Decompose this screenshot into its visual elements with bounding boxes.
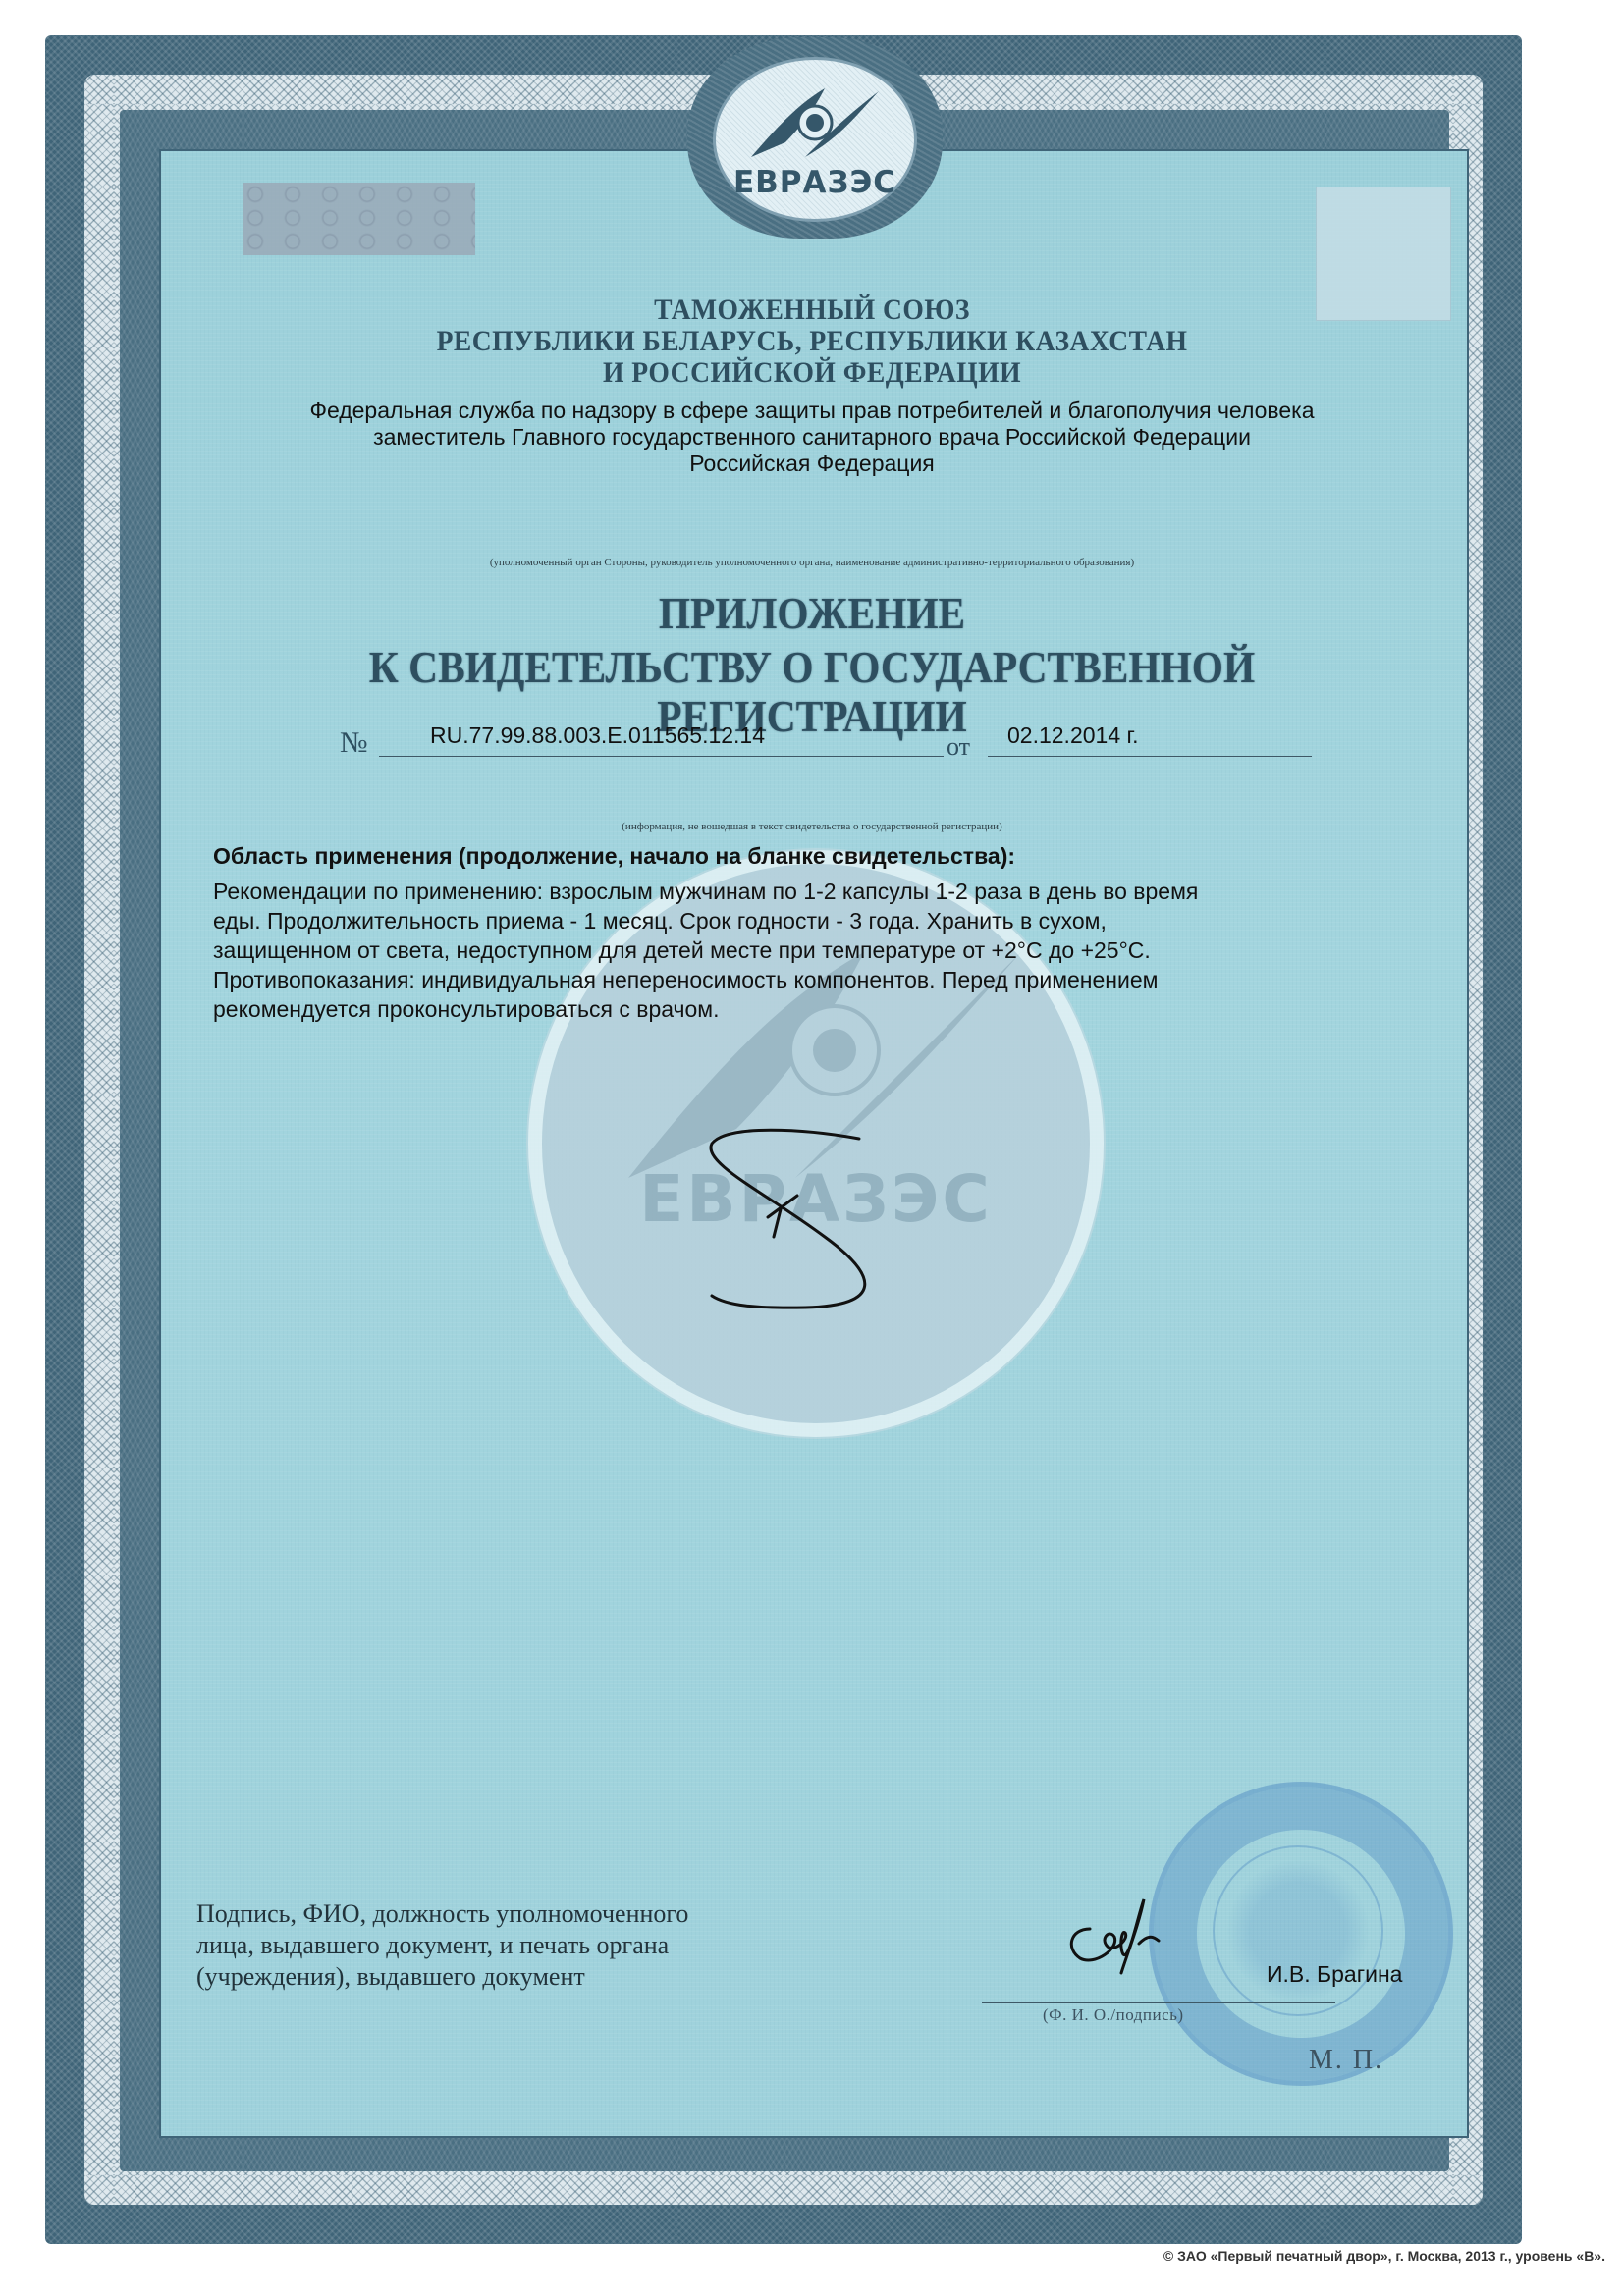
union-line-1: ТАМОЖЕННЫЙ СОЮЗ bbox=[211, 294, 1413, 326]
signature-label-line-1: Подпись, ФИО, должность уполномоченного bbox=[196, 1898, 895, 1930]
scope-line-4: Противопоказания: индивидуальная неперен… bbox=[213, 965, 1421, 994]
signature-label-line-2: лица, выдавшего документ, и печать орган… bbox=[196, 1930, 895, 1961]
registration-date: 02.12.2014 г. bbox=[1007, 722, 1138, 749]
scope-line-1: Рекомендации по применению: взрослым муж… bbox=[213, 877, 1421, 906]
signature-underline bbox=[982, 2002, 1335, 2003]
union-line-2: РЕСПУБЛИКИ БЕЛАРУСЬ, РЕСПУБЛИКИ КАЗАХСТА… bbox=[211, 326, 1413, 357]
seal-place-label: М. П. bbox=[1309, 2045, 1383, 2076]
union-heading: ТАМОЖЕННЫЙ СОЮЗ РЕСПУБЛИКИ БЕЛАРУСЬ, РЕС… bbox=[159, 294, 1465, 389]
date-label: от bbox=[947, 732, 970, 762]
registration-number: RU.77.99.88.003.E.011565.12.14 bbox=[430, 722, 765, 749]
scope-heading: Область применения (продолжение, начало … bbox=[213, 841, 1421, 871]
agency-line-2: заместитель Главного государственного са… bbox=[159, 424, 1465, 451]
seal-coat-of-arms-icon bbox=[1213, 1845, 1383, 2016]
signature-label-line-3: (учреждения), выдавшего документ bbox=[196, 1961, 895, 1993]
document-title-line-1: ПРИЛОЖЕНИЕ bbox=[225, 589, 1400, 638]
signature-label: Подпись, ФИО, должность уполномоченного … bbox=[196, 1898, 895, 1993]
agency-caption: (уполномоченный орган Стороны, руководит… bbox=[159, 557, 1465, 568]
cancel-scribble-mark bbox=[658, 1119, 952, 1315]
info-caption: (информация, не вошедшая в текст свидете… bbox=[159, 821, 1465, 832]
handwritten-signature-icon bbox=[1060, 1890, 1178, 1978]
date-underline bbox=[988, 756, 1312, 757]
agency-line-3: Российская Федерация bbox=[159, 451, 1465, 477]
agency-line-1: Федеральная служба по надзору в сфере за… bbox=[159, 398, 1465, 424]
union-line-3: И РОССИЙСКОЙ ФЕДЕРАЦИИ bbox=[211, 357, 1413, 389]
printer-imprint: © ЗАО «Первый печатный двор», г. Москва,… bbox=[1163, 2248, 1605, 2264]
scope-line-2: еды. Продолжительность приема - 1 месяц.… bbox=[213, 906, 1421, 935]
eurasec-emblem-icon bbox=[731, 83, 898, 162]
scope-line-3: защищенном от света, недоступном для дет… bbox=[213, 935, 1421, 965]
hologram-patch-icon bbox=[243, 183, 475, 255]
scope-line-5: рекомендуется проконсультироваться с вра… bbox=[213, 994, 1421, 1024]
number-sign: № bbox=[340, 726, 368, 760]
signature-caption: (Ф. И. О./подпись) bbox=[1043, 2005, 1184, 2025]
number-underline bbox=[379, 756, 944, 757]
registration-line: № RU.77.99.88.003.E.011565.12.14 от 02.1… bbox=[340, 715, 1292, 754]
signer-name: И.В. Брагина bbox=[1267, 1961, 1402, 1988]
emblem-label: ЕВРАЗЭС bbox=[713, 165, 917, 200]
agency-block: Федеральная служба по надзору в сфере за… bbox=[159, 398, 1465, 477]
application-scope: Область применения (продолжение, начало … bbox=[213, 841, 1421, 1024]
